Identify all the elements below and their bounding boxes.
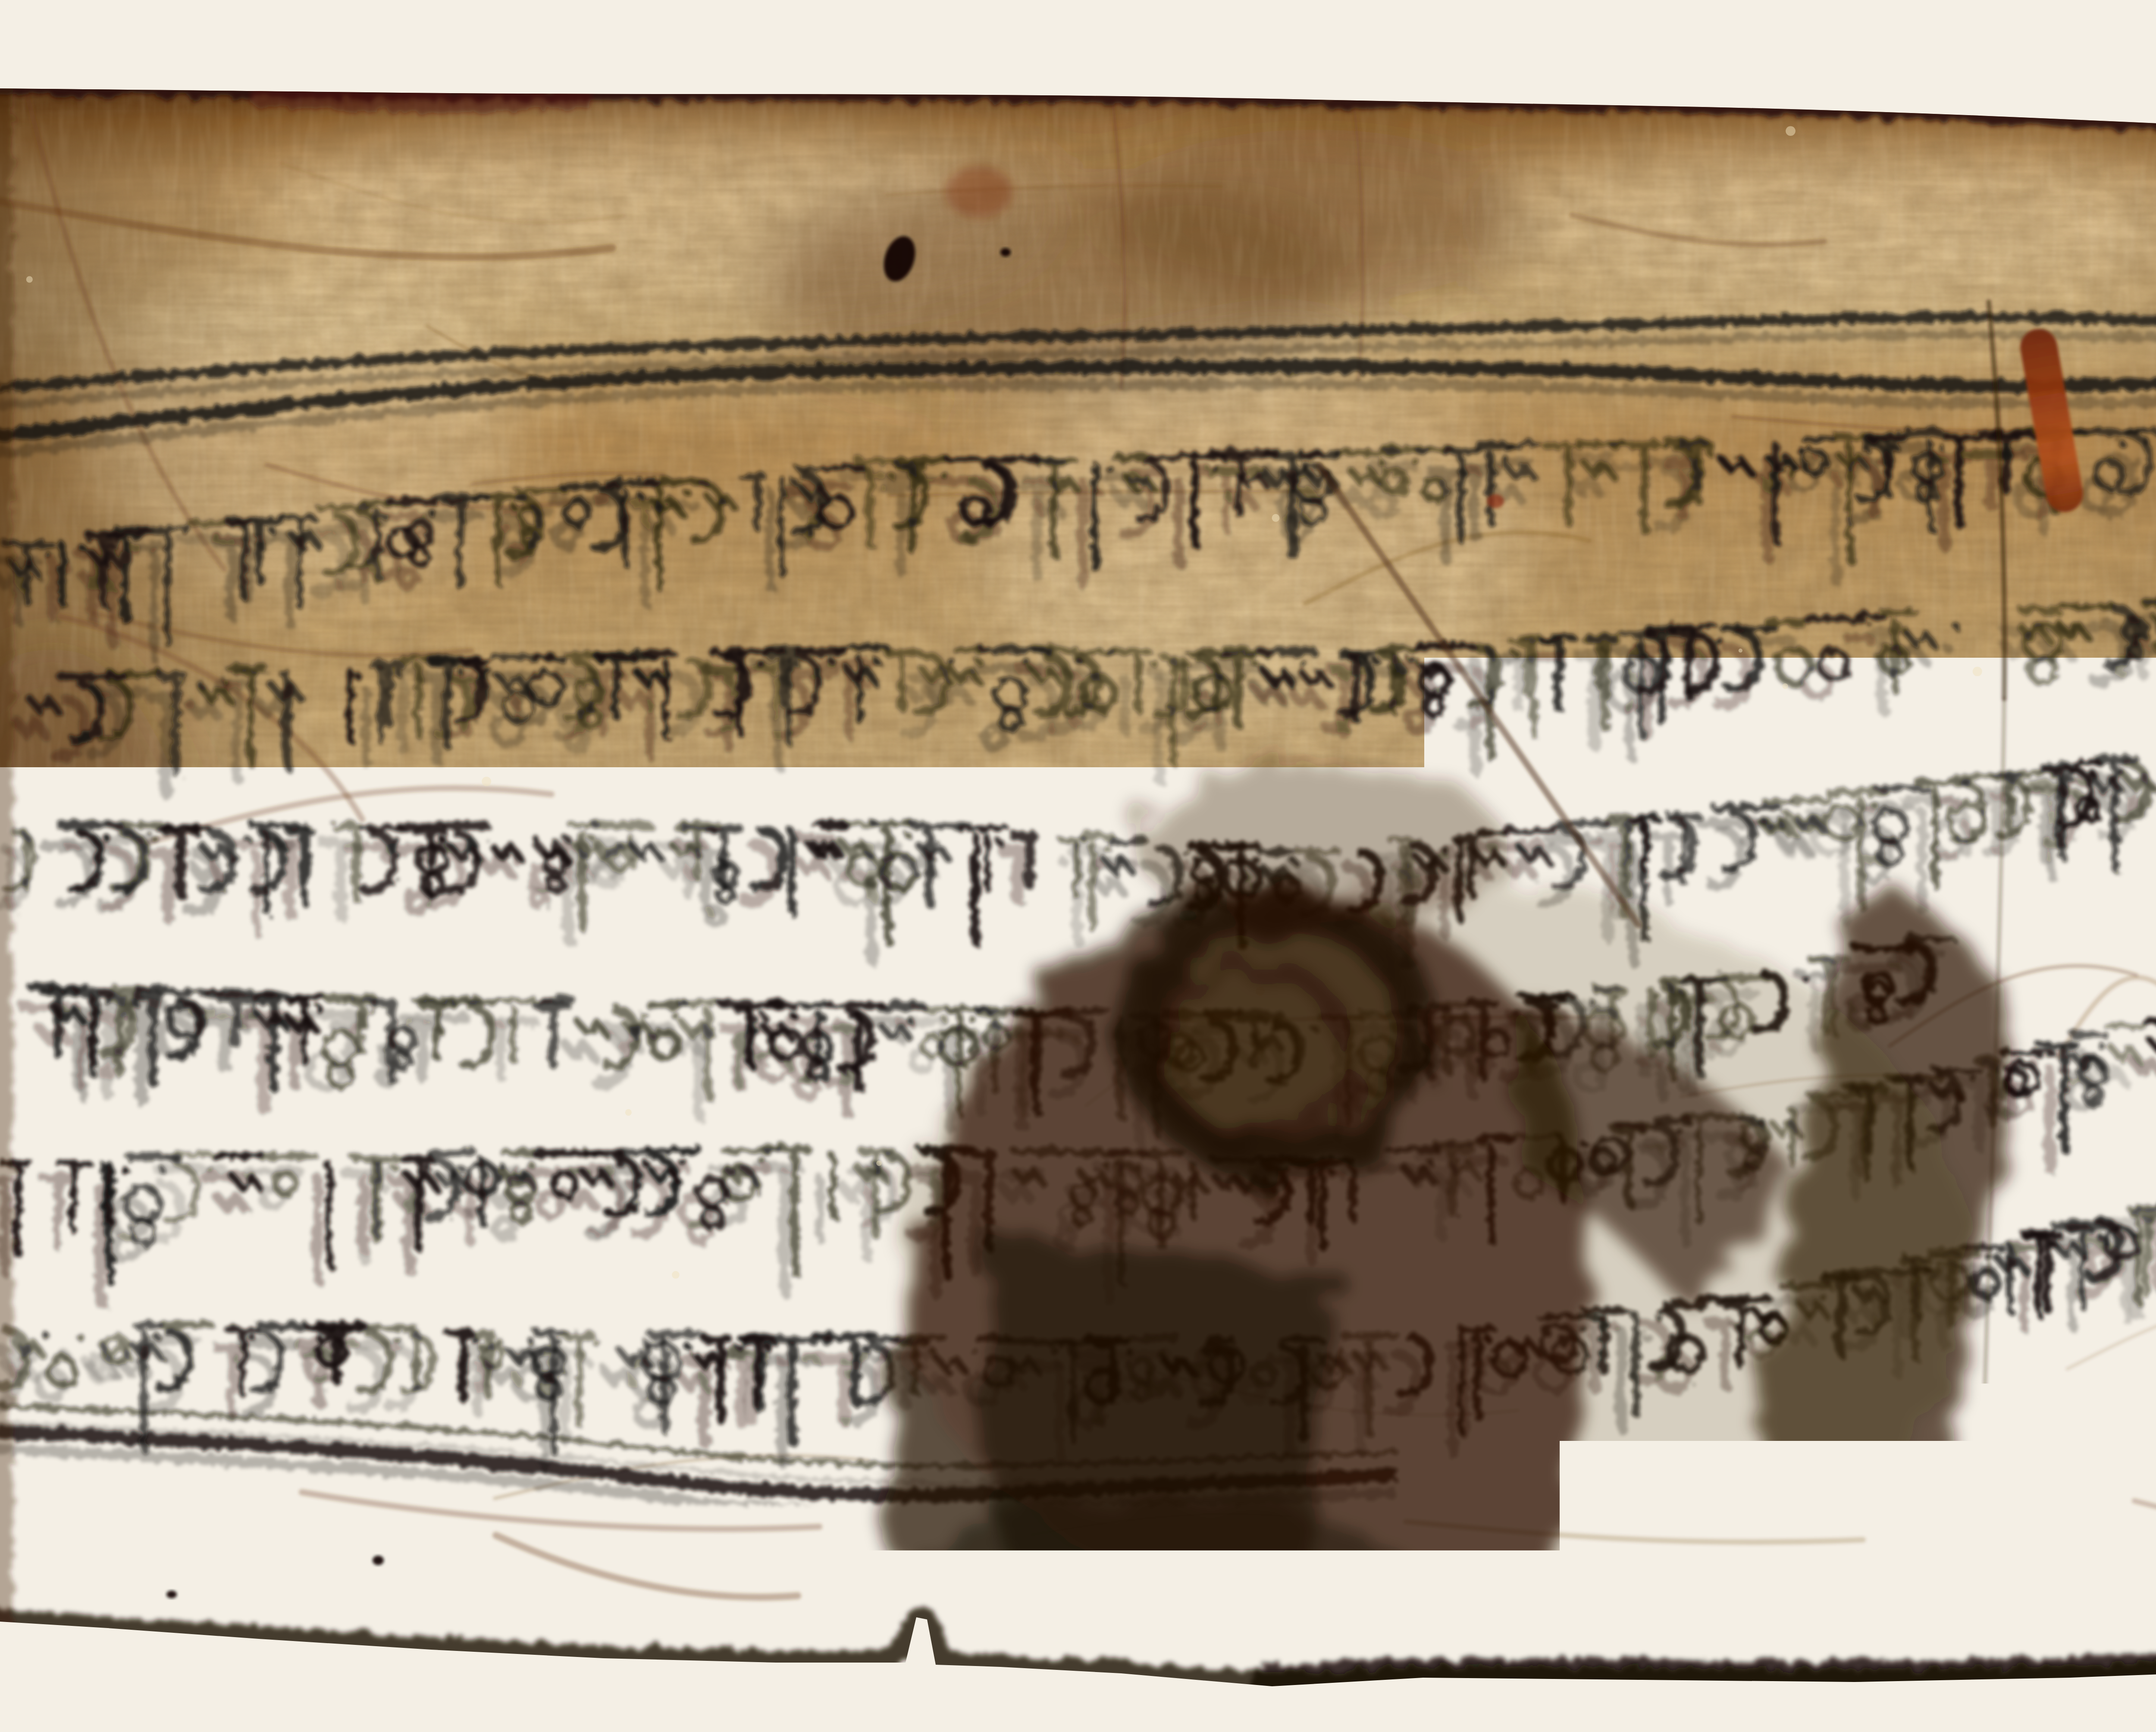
ink-spot — [166, 1591, 177, 1598]
manuscript-paper — [0, 0, 2156, 1732]
ink-spot — [1000, 248, 1011, 257]
rust-blotch — [945, 166, 1012, 218]
manuscript-render — [0, 0, 2156, 1732]
backlit-manuscript-photo — [0, 0, 2156, 1732]
red-speck — [1487, 494, 1504, 508]
ink-spot — [373, 1556, 384, 1565]
